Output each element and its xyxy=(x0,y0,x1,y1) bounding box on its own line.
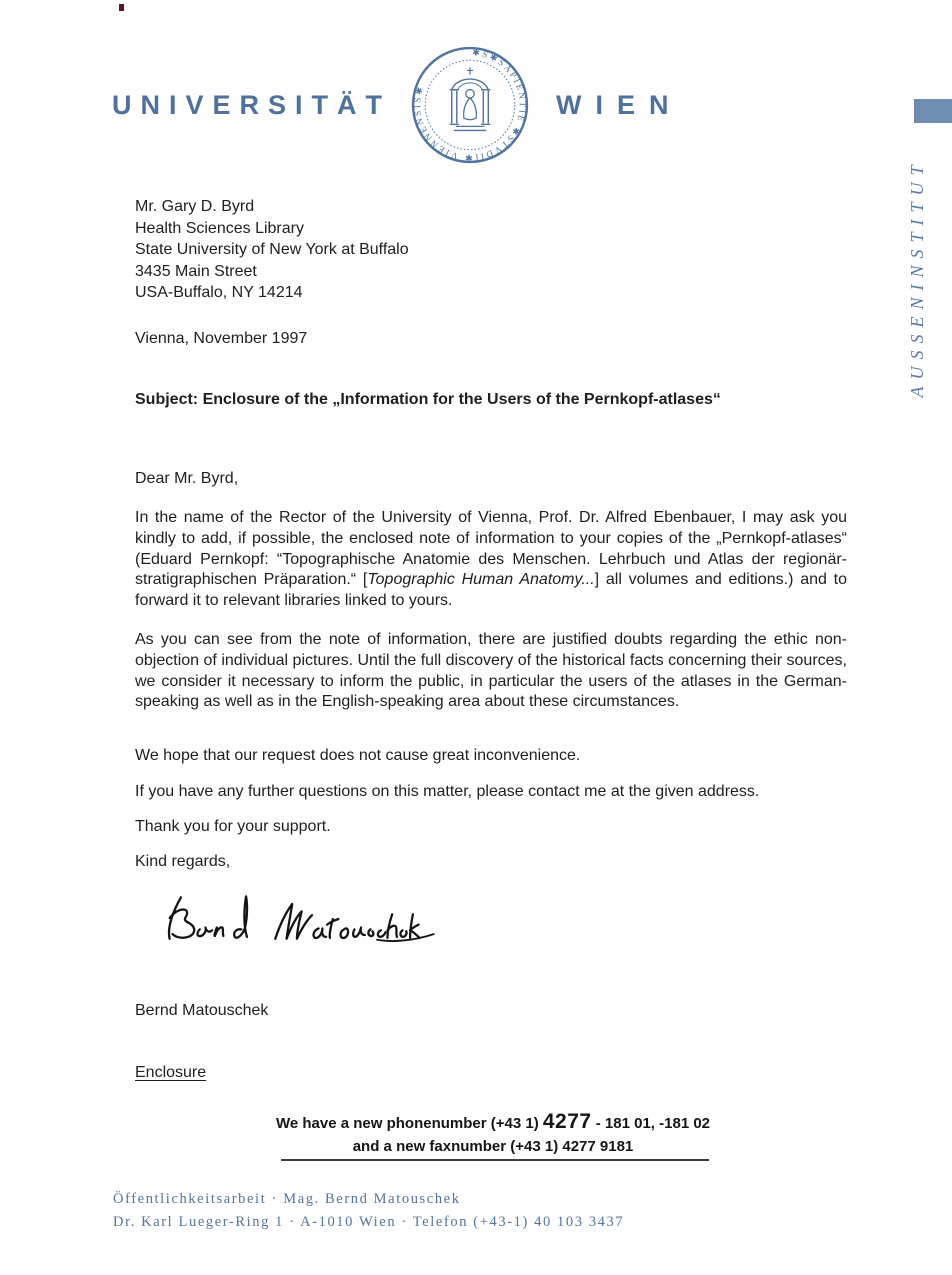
letterhead-wordmark-universitat: UNIVERSITÄT xyxy=(112,90,391,121)
recipient-address: Mr. Gary D. Byrd Health Sciences Library… xyxy=(135,196,409,304)
body-paragraph-3: We hope that our request does not cause … xyxy=(135,747,580,765)
notice-text: We have a new phonenumber (+43 1) xyxy=(276,1115,543,1132)
phone-notice-line1: We have a new phonenumber (+43 1) 4277 -… xyxy=(243,1110,743,1135)
dateline: Vienna, November 1997 xyxy=(135,330,307,348)
university-seal-icon: ✱S✱SAPIENTIE ✱STVDII✱ VIENNENSIS✱ xyxy=(409,44,531,166)
recipient-line: Mr. Gary D. Byrd xyxy=(135,196,409,218)
body-paragraph-2: As you can see from the note of informat… xyxy=(135,630,847,713)
scanned-letter-page: UNIVERSITÄT ✱S✱SAPIENTIE ✱STVDII✱ VIENNE… xyxy=(0,0,952,1275)
recipient-line: State University of New York at Buffalo xyxy=(135,239,409,261)
accent-rectangle xyxy=(914,99,952,123)
signature-handwriting-icon xyxy=(150,886,442,952)
scan-artifact-dot xyxy=(119,4,124,11)
recipient-line: 3435 Main Street xyxy=(135,261,409,283)
phone-notice: We have a new phonenumber (+43 1) 4277 -… xyxy=(243,1110,743,1158)
body-paragraph-5: Thank you for your support. xyxy=(135,818,331,836)
closing-line: Kind regards, xyxy=(135,853,230,871)
side-institute-label: AUSSENINSTITUT xyxy=(907,138,931,418)
footer-contact-line1: Öffentlichkeitsarbeit · Mag. Bernd Matou… xyxy=(113,1191,461,1208)
notice-big-number: 4277 xyxy=(543,1110,592,1133)
salutation: Dear Mr. Byrd, xyxy=(135,470,238,488)
notice-underline xyxy=(281,1159,709,1161)
paragraph-italic-text: Topographic Human Anatomy... xyxy=(367,571,594,588)
notice-text: - 181 01, -181 02 xyxy=(592,1115,710,1132)
recipient-line: USA-Buffalo, NY 14214 xyxy=(135,282,409,304)
subject-line: Subject: Enclosure of the „Information f… xyxy=(135,391,849,409)
body-paragraph-4: If you have any further questions on thi… xyxy=(135,783,759,801)
sender-typed-name: Bernd Matouschek xyxy=(135,1002,268,1020)
footer-contact-line2: Dr. Karl Lueger-Ring 1 · A-1010 Wien · T… xyxy=(113,1214,624,1231)
phone-notice-line2: and a new faxnumber (+43 1) 4277 9181 xyxy=(243,1135,743,1158)
body-paragraph-1: In the name of the Rector of the Univers… xyxy=(135,508,847,612)
letterhead-wordmark-wien: WIEN xyxy=(556,90,683,121)
enclosure-label: Enclosure xyxy=(135,1064,206,1082)
recipient-line: Health Sciences Library xyxy=(135,218,409,240)
